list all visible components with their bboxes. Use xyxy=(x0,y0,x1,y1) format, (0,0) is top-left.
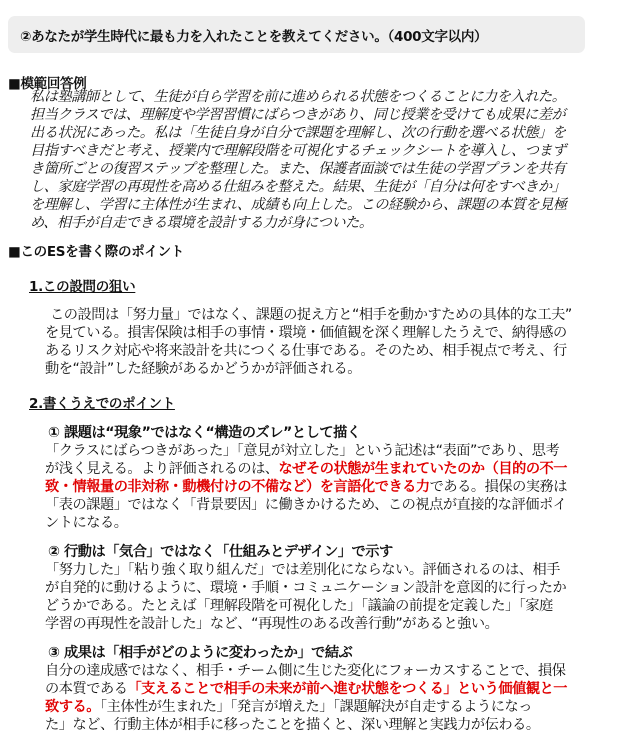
text-segment: 「主体性が生まれた」「発言が増えた」「課題解決が自走するようになっ xyxy=(100,699,532,715)
point-item-heading: ② 行動は「気合」ではなく「仕組みとデザイン」で示す xyxy=(45,543,566,561)
point-item-heading: ③ 成果は「相手がどのように変わったか」で結ぶ xyxy=(45,644,567,662)
text-line: 目指すべきだと考え、授業内で理解段階を可視化するチェックシートを導入し、つまず xyxy=(30,142,567,160)
text-segment: 自分の達成感ではなく、相手・チーム側に生じた変化にフォーカスすることで、損保 xyxy=(45,663,565,679)
text-line: 出る状況にあった。私は「生徒自身が自分で課題を理解し、次の行動を選べる状態」を xyxy=(30,124,567,142)
text-line: の本質である「支えることで相手の未来が前へ進む状態をつくる」という価値観と一 xyxy=(45,680,567,698)
section1-body: この設問は「努力量」ではなく、課題の捉え方と“相手を動かすための具体的な工夫”を… xyxy=(45,306,572,378)
text-line: 「努力した」「粘り強く取り組んだ」では差別化にならない。評価されるのは、相手 xyxy=(45,561,566,579)
text-segment: ントになる。 xyxy=(45,515,127,531)
text-line: 自分の達成感ではなく、相手・チーム側に生じた変化にフォーカスすることで、損保 xyxy=(45,662,567,680)
section2-title: 2.書くうえでのポイント xyxy=(29,392,175,412)
text-line: め、相手が自走できる環境を設計する力が身についた。 xyxy=(30,214,567,232)
highlighted-text: 致する。 xyxy=(45,699,100,715)
question-text: ②あなたが学生時代に最も力を入れたことを教えてください。（400文字以内） xyxy=(20,25,487,45)
question-box: ②あなたが学生時代に最も力を入れたことを教えてください。（400文字以内） xyxy=(8,16,585,53)
point-item-3: ③ 成果は「相手がどのように変わったか」で結ぶ自分の達成感ではなく、相手・チーム… xyxy=(45,644,567,734)
text-line: あるリスク対応や将来設計を共につくる仕事である。そのため、相手視点で考え、行 xyxy=(45,342,572,360)
text-segment: の本質である xyxy=(45,681,127,697)
point-item-heading: ① 課題は“現象”ではなく“構造のズレ”として描く xyxy=(45,424,567,442)
text-line: を理解し、学習に主体性が生まれ、成績も向上した。この経験から、課題の本質を見極 xyxy=(30,196,567,214)
text-line: し、家庭学習の再現性を高める仕組みを整えた。結果、生徒が「自分は何をすべきか」 xyxy=(30,178,567,196)
text-segment: が浅く見える。より評価されるのは、 xyxy=(45,461,279,477)
text-segment: が自発的に動けるように、環境・手順・コミュニケーション設計を意図的に行ったか xyxy=(45,580,566,596)
text-segment: 「努力した」「粘り強く取り組んだ」では差別化にならない。評価されるのは、相手 xyxy=(45,562,560,578)
highlighted-text: 「支えることで相手の未来が前へ進む状態をつくる」という価値観と一 xyxy=(127,681,567,697)
highlighted-text: 致・情報量の非対称・動機付けの不備など）を言語化できる力 xyxy=(45,479,430,495)
text-line: を見ている。損害保険は相手の事情・環境・価値観を深く理解したうえで、納得感の xyxy=(45,324,572,342)
text-segment: 「クラスにばらつきがあった」「意見が対立した」という記述は“表面”であり、思考 xyxy=(45,443,559,459)
highlighted-text: なぜその状態が生まれていたのか（目的の不一 xyxy=(279,461,568,477)
text-line: この設問は「努力量」ではなく、課題の捉え方と“相手を動かすための具体的な工夫” xyxy=(45,306,572,324)
text-segment: どうかである。たとえば「理解段階を可視化した」「議論の前提を定義した」「家庭 xyxy=(45,598,553,614)
text-line: どうかである。たとえば「理解段階を可視化した」「議論の前提を定義した」「家庭 xyxy=(45,597,566,615)
text-line: 致する。「主体性が生まれた」「発言が増えた」「課題解決が自走するようになっ xyxy=(45,698,567,716)
model-answer-body: 私は塾講師として、生徒が自ら学習を前に進められる状態をつくることに力を入れた。担… xyxy=(30,88,567,232)
text-line: た」など、行動主体が相手に移ったことを描くと、深い理解と実践力が伝わる。 xyxy=(45,716,567,734)
text-segment: 「表の課題」ではなく「背景要因」に働きかけるため、この視点が直接的な評価ポイ xyxy=(45,497,566,513)
text-line: が自発的に動けるように、環境・手順・コミュニケーション設計を意図的に行ったか xyxy=(45,579,566,597)
section1-title: 1.この設問の狙い xyxy=(29,275,135,295)
text-line: が浅く見える。より評価されるのは、なぜその状態が生まれていたのか（目的の不一 xyxy=(45,460,567,478)
points-heading: ■このESを書く際のポイント xyxy=(8,240,184,260)
point-item-2: ② 行動は「気合」ではなく「仕組みとデザイン」で示す「努力した」「粘り強く取り組… xyxy=(45,543,566,633)
text-line: 「表の課題」ではなく「背景要因」に働きかけるため、この視点が直接的な評価ポイ xyxy=(45,496,567,514)
text-line: 学習の再現性を設計した」など、“再現性のある改善行動”があると強い。 xyxy=(45,615,566,633)
text-line: 担当クラスでは、理解度や学習習慣にばらつきがあり、同じ授業を受けても成果に差が xyxy=(30,106,567,124)
text-segment: た」など、行動主体が相手に移ったことを描くと、深い理解と実践力が伝わる。 xyxy=(45,717,540,733)
text-segment: 学習の再現性を設計した」など、“再現性のある改善行動”があると強い。 xyxy=(45,616,498,632)
text-line: 私は塾講師として、生徒が自ら学習を前に進められる状態をつくることに力を入れた。 xyxy=(30,88,567,106)
point-item-1: ① 課題は“現象”ではなく“構造のズレ”として描く「クラスにばらつきがあった」「… xyxy=(45,424,567,532)
text-line: 致・情報量の非対称・動機付けの不備など）を言語化できる力である。損保の実務は xyxy=(45,478,567,496)
text-line: き箇所ごとの復習ステップを整理した。また、保護者面談では生徒の学習プランを共有 xyxy=(30,160,567,178)
text-segment: である。損保の実務は xyxy=(430,479,567,495)
text-line: 「クラスにばらつきがあった」「意見が対立した」という記述は“表面”であり、思考 xyxy=(45,442,567,460)
text-line: ントになる。 xyxy=(45,514,567,532)
text-line: 動を“設計”した経験があるかどうかが評価される。 xyxy=(45,360,572,378)
